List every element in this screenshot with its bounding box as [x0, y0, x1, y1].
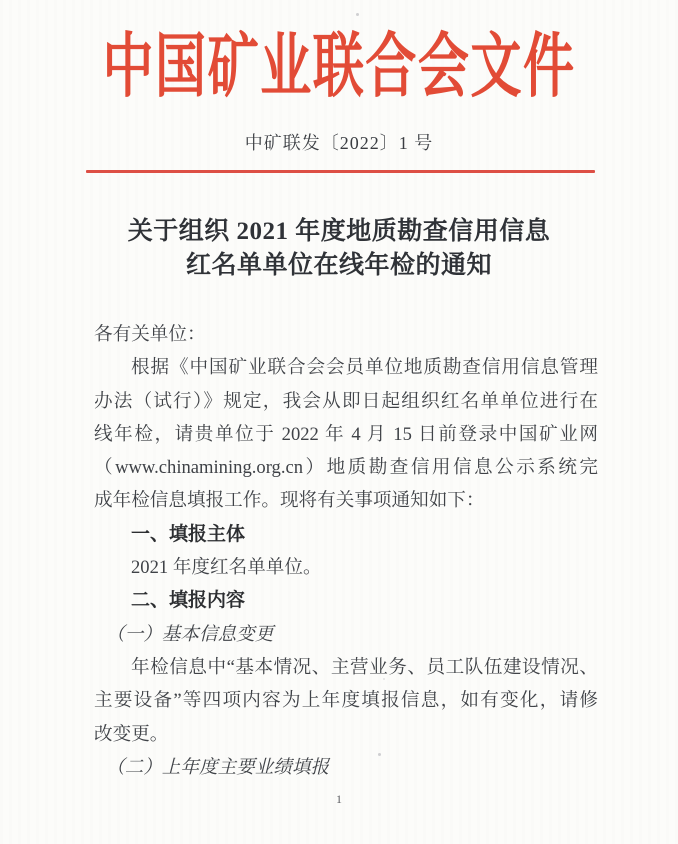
- scan-speck: [378, 753, 381, 756]
- notice-title-line-1: 关于组织 2021 年度地质勘查信用信息: [0, 215, 678, 249]
- document-body: 各有关单位： 根据《中国矿业联合会会员单位地质勘查信用信息管理 办法（试行）》规…: [94, 318, 598, 784]
- page-number: 1: [0, 792, 678, 807]
- body-line: 改变更。: [94, 718, 598, 751]
- letterhead-title: 中国矿业联合会文件: [92, 22, 587, 114]
- subsection-heading-1: （一）基本信息变更: [94, 618, 598, 651]
- section-heading-2: 二、填报内容: [94, 584, 598, 617]
- subsection-heading-2: （二）上年度主要业绩填报: [94, 751, 598, 784]
- body-line-salutation: 各有关单位：: [94, 318, 598, 351]
- body-line: 年检信息中“基本情况、主营业务、员工队伍建设情况、: [94, 651, 598, 684]
- body-line: 2021 年度红名单单位。: [94, 551, 598, 584]
- scan-speck: [356, 13, 359, 16]
- notice-title: 关于组织 2021 年度地质勘查信用信息 红名单单位在线年检的通知: [0, 215, 678, 283]
- document-number: 中矿联发〔2022〕1 号: [0, 128, 678, 158]
- body-line: （www.chinamining.org.cn）地质勘查信用信息公示系统完: [94, 451, 598, 484]
- body-line: 主要设备”等四项内容为上年度填报信息，如有变化，请修: [94, 684, 598, 717]
- body-line: 根据《中国矿业联合会会员单位地质勘查信用信息管理: [94, 351, 598, 384]
- scan-speck: [383, 678, 385, 680]
- letterhead-divider-rule: [86, 170, 595, 173]
- section-heading-1: 一、填报主体: [94, 518, 598, 551]
- body-line: 办法（试行）》规定，我会从即日起组织红名单单位进行在: [94, 385, 598, 418]
- notice-title-line-2: 红名单单位在线年检的通知: [0, 249, 678, 283]
- body-line: 线年检，请贵单位于 2022 年 4 月 15 日前登录中国矿业网: [94, 418, 598, 451]
- body-line: 成年检信息填报工作。现将有关事项通知如下：: [94, 484, 598, 517]
- scanned-document-page: 中国矿业联合会文件 中矿联发〔2022〕1 号 关于组织 2021 年度地质勘查…: [0, 0, 678, 844]
